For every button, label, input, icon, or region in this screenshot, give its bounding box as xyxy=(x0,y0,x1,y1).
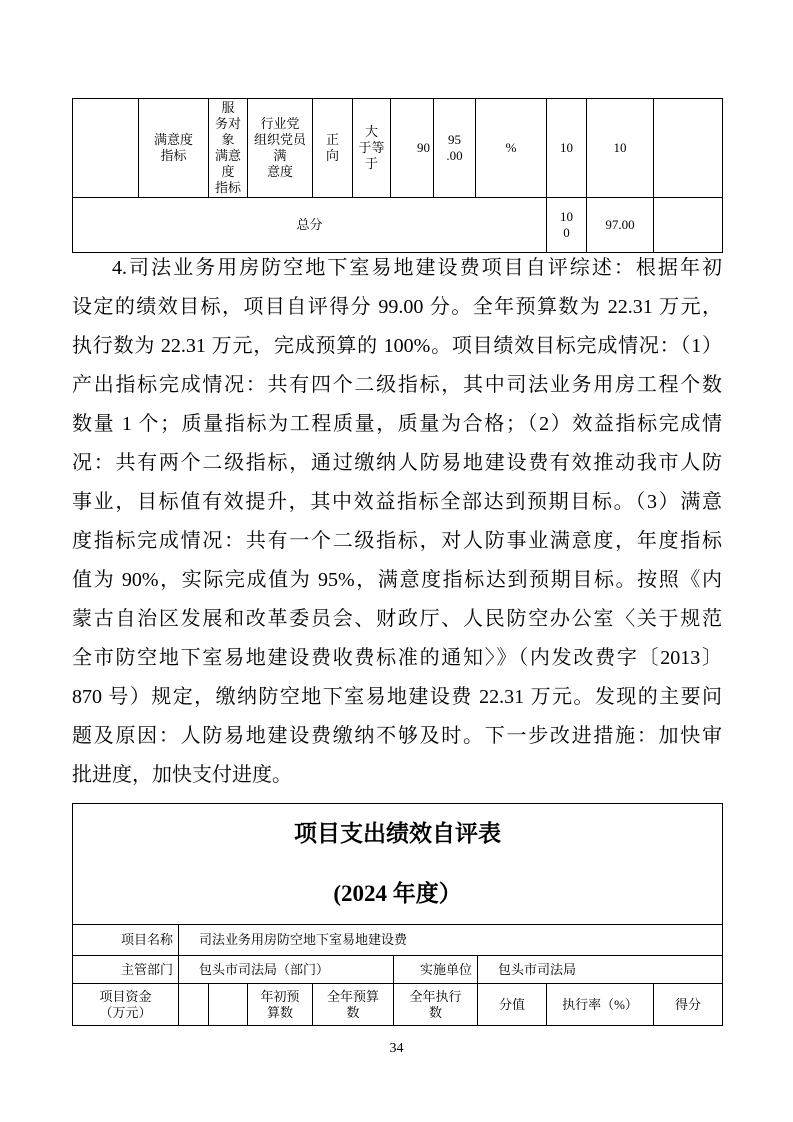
empty-cell xyxy=(209,984,248,1026)
empty-cell xyxy=(73,99,139,198)
indicator-comparator-cell: 大 于等于 xyxy=(353,99,391,198)
indicator-subcategory-cell: 服 务对象 满意度 指标 xyxy=(209,99,248,198)
indicator-weight-cell: 10 xyxy=(547,99,587,198)
empty-cell xyxy=(654,99,723,198)
indicator-score-cell: 10 xyxy=(587,99,654,198)
paragraph-line: 况：共有两个二级指标，通过缴纳人防易地建设费有效推动我市人防 xyxy=(72,444,722,483)
paragraph-line: 数量 1 个；质量指标为工程质量，质量为合格；（2）效益指标完成情 xyxy=(72,405,722,444)
project-name-value: 司法业务用房防空地下室易地建设费 xyxy=(179,925,723,956)
implementing-unit-label: 实施单位 xyxy=(394,956,478,984)
empty-cell xyxy=(179,984,209,1026)
table-title-row: 项目支出绩效自评表 (2024 年度） xyxy=(73,804,723,925)
annual-budget-header: 全年预算 数 xyxy=(313,984,394,1026)
points-header: 分值 xyxy=(478,984,547,1026)
department-label: 主管部门 xyxy=(73,956,179,984)
paragraph-line: 度指标完成情况：共有一个二级指标，对人防事业满意度，年度指标 xyxy=(72,522,722,561)
paragraph-line: 题及原因：人防易地建设费缴纳不够及时。下一步改进措施：加快审 xyxy=(72,717,722,756)
indicator-direction-cell: 正 向 xyxy=(313,99,353,198)
execution-rate-header: 执行率（%） xyxy=(547,984,654,1026)
score-header: 得分 xyxy=(654,984,723,1026)
project-name-row: 项目名称 司法业务用房防空地下室易地建设费 xyxy=(73,925,723,956)
total-label-cell: 总分 xyxy=(73,198,547,253)
project-funds-header-row: 项目资金 （万元） 年初预 算数 全年预算 数 全年执行 数 分值 执行率（%）… xyxy=(73,984,723,1026)
document-page: 满意度 指标 服 务对象 满意度 指标 行业党 组织党员满 意度 正 向 大 于… xyxy=(0,0,793,1122)
total-weight-cell: 10 0 xyxy=(547,198,587,253)
page-number: 34 xyxy=(0,1041,793,1057)
project-funds-label: 项目资金 （万元） xyxy=(73,984,179,1026)
satisfaction-indicator-row: 满意度 指标 服 务对象 满意度 指标 行业党 组织党员满 意度 正 向 大 于… xyxy=(73,99,723,198)
self-evaluation-paragraph: 4.司法业务用房防空地下室易地建设费项目自评综述：根据年初设定的绩效目标，项目自… xyxy=(72,249,722,795)
performance-self-evaluation-table: 项目支出绩效自评表 (2024 年度） 项目名称 司法业务用房防空地下室易地建设… xyxy=(72,803,723,1026)
indicator-name-cell: 行业党 组织党员满 意度 xyxy=(248,99,313,198)
indicator-unit-cell: % xyxy=(476,99,547,198)
table-title-cell: 项目支出绩效自评表 (2024 年度） xyxy=(73,804,723,925)
paragraph-line: 产出指标完成情况：共有四个二级指标，其中司法业务用房工程个数 xyxy=(72,366,722,405)
project-name-label: 项目名称 xyxy=(73,925,179,956)
empty-cell xyxy=(654,198,723,253)
indicator-actual-cell: 95 .00 xyxy=(434,99,476,198)
department-value: 包头市司法局（部门） xyxy=(179,956,394,984)
paragraph-line: 批进度，加快支付进度。 xyxy=(72,756,722,795)
paragraph-line: 全市防空地下室易地建设费收费标准的通知〉》（内发改费字〔2013〕 xyxy=(72,639,722,678)
indicator-category-cell: 满意度 指标 xyxy=(139,99,209,198)
initial-budget-header: 年初预 算数 xyxy=(248,984,313,1026)
paragraph-line: 设定的绩效目标，项目自评得分 99.00 分。全年预算数为 22.31 万元， xyxy=(72,288,722,327)
paragraph-line: 执行数为 22.31 万元，完成预算的 100%。项目绩效目标完成情况：（1） xyxy=(72,327,722,366)
indicator-target-cell: 90 xyxy=(391,99,434,198)
paragraph-line: 值为 90%，实际完成值为 95%，满意度指标达到预期目标。按照《内 xyxy=(72,561,722,600)
paragraph-line: 4.司法业务用房防空地下室易地建设费项目自评综述：根据年初 xyxy=(72,249,722,288)
indicator-score-table: 满意度 指标 服 务对象 满意度 指标 行业党 组织党员满 意度 正 向 大 于… xyxy=(72,98,723,253)
department-row: 主管部门 包头市司法局（部门） 实施单位 包头市司法局 xyxy=(73,956,723,984)
paragraph-line: 蒙古自治区发展和改革委员会、财政厅、人民防空办公室〈关于规范 xyxy=(72,600,722,639)
total-score-row: 总分 10 0 97.00 xyxy=(73,198,723,253)
implementing-unit-value: 包头市司法局 xyxy=(478,956,723,984)
table-title: 项目支出绩效自评表 xyxy=(75,821,720,847)
paragraph-line: 事业，目标值有效提升，其中效益指标全部达到预期目标。（3）满意 xyxy=(72,483,722,522)
paragraph-line: 870 号）规定，缴纳防空地下室易地建设费 22.31 万元。发现的主要问 xyxy=(72,678,722,717)
annual-execution-header: 全年执行 数 xyxy=(394,984,478,1026)
table-subtitle: (2024 年度） xyxy=(75,881,720,907)
total-score-cell: 97.00 xyxy=(587,198,654,253)
